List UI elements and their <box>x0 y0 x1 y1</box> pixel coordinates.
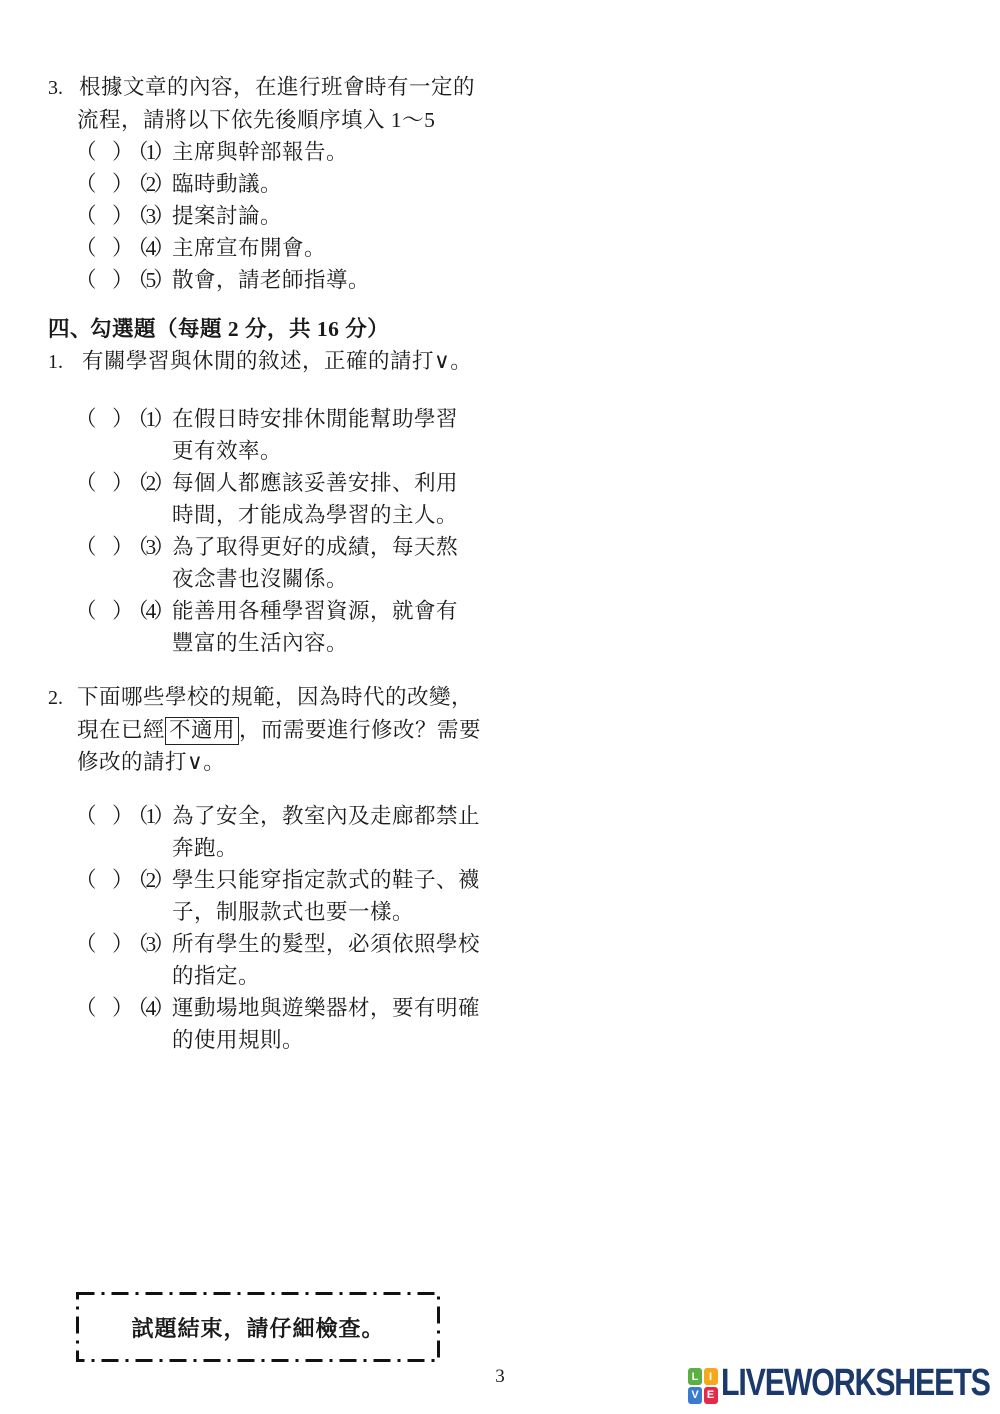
ordering-item: （ ）（4）主席宣布開會。 <box>75 232 475 264</box>
item-number: （5） <box>127 264 172 296</box>
answer-blank[interactable]: （ ） <box>75 467 127 499</box>
end-box: 試題結束，請仔細檢查。 <box>75 1291 441 1363</box>
check-item: （ ）（4）運動場地與遊樂器材，要有明確 的使用規則。 <box>75 992 480 1056</box>
answer-blank[interactable]: （ ） <box>75 232 127 264</box>
item-text: 運動場地與遊樂器材，要有明確 <box>172 996 480 1020</box>
item-number: （1） <box>127 136 172 168</box>
logo-tile-e: E <box>704 1387 718 1404</box>
item-text-continuation: 的指定。 <box>172 960 480 992</box>
item-text-continuation: 奔跑。 <box>172 832 480 864</box>
check-item: （ ）（4）能善用各種學習資源，就會有 豐富的生活內容。 <box>75 595 458 659</box>
section-4-heading: 四、勾選題（每題 2 分，共 16 分） <box>48 313 389 345</box>
question-3-prompt-line-1: 3.根據文章的內容，在進行班會時有一定的 <box>48 71 475 104</box>
item-text: 在假日時安排休閒能幫助學習 <box>172 407 458 431</box>
question-2-prompt-line-1: 下面哪些學校的規範，因為時代的改變， <box>77 685 473 709</box>
item-text: 臨時動議。 <box>172 172 282 196</box>
check-item: （ ）（1）在假日時安排休閒能幫助學習 更有效率。 <box>75 403 458 467</box>
check-item: （ ）（2）學生只能穿指定款式的鞋子、襪 子，制服款式也要一樣。 <box>75 864 480 928</box>
item-number: （2） <box>127 864 172 896</box>
answer-blank[interactable]: （ ） <box>75 200 127 232</box>
logo-tile-l: L <box>688 1368 702 1385</box>
ordering-item: （ ）（1）主席與幹部報告。 <box>75 136 475 168</box>
item-text: 主席與幹部報告。 <box>172 140 348 164</box>
item-text-continuation: 的使用規則。 <box>172 1024 480 1056</box>
answer-blank[interactable]: （ ） <box>75 864 127 896</box>
question-3-prompt-text: 根據文章的內容，在進行班會時有一定的 <box>79 75 475 99</box>
item-number: （3） <box>127 928 172 960</box>
check-item: （ ）（3）為了取得更好的成績，每天熬 夜念書也沒關係。 <box>75 531 458 595</box>
section-4-title: 勾選題（每題 2 分，共 16 分） <box>90 317 389 341</box>
item-text: 主席宣布開會。 <box>172 236 326 260</box>
item-text-continuation: 豐富的生活內容。 <box>172 627 458 659</box>
question-1-number: 1. <box>48 346 82 378</box>
item-number: （3） <box>127 200 172 232</box>
item-text-continuation: 時間，才能成為學習的主人。 <box>172 499 458 531</box>
item-number: （4） <box>127 595 172 627</box>
item-text: 為了安全，教室內及走廊都禁止 <box>172 804 480 828</box>
answer-blank[interactable]: （ ） <box>75 403 127 435</box>
item-text: 每個人都應該妥善安排、利用 <box>172 471 458 495</box>
item-text: 提案討論。 <box>172 204 282 228</box>
item-number: （4） <box>127 992 172 1024</box>
item-text-continuation: 更有效率。 <box>172 435 458 467</box>
boxed-term: 不適用 <box>165 717 239 745</box>
check-item: （ ）（3）所有學生的髮型，必須依照學校 的指定。 <box>75 928 480 992</box>
item-text: 能善用各種學習資源，就會有 <box>172 599 458 623</box>
question-2-prompt-line-3: 修改的請打∨。 <box>77 746 481 778</box>
answer-blank[interactable]: （ ） <box>75 264 127 296</box>
section-4-number: 四、 <box>48 313 90 345</box>
worksheet-page: 3.根據文章的內容，在進行班會時有一定的 流程，請將以下依先後順序填入 1～5 … <box>0 0 1000 1414</box>
question-1-items: （ ）（1）在假日時安排休閒能幫助學習 更有效率。 （ ）（2）每個人都應該妥善… <box>75 403 458 659</box>
question-2-items: （ ）（1）為了安全，教室內及走廊都禁止 奔跑。 （ ）（2）學生只能穿指定款式… <box>75 800 480 1056</box>
logo-tile-i: I <box>704 1368 718 1385</box>
ordering-item: （ ）（2）臨時動議。 <box>75 168 475 200</box>
liveworksheets-logo-text: LIVEWORKSHEETS <box>721 1363 990 1403</box>
answer-blank[interactable]: （ ） <box>75 992 127 1024</box>
question-1-prompt: 1.有關學習與休閒的敘述，正確的請打∨。 <box>48 345 472 378</box>
answer-blank[interactable]: （ ） <box>75 168 127 200</box>
liveworksheets-logo: L I V E LIVEWORKSHEETS <box>688 1363 1000 1404</box>
item-number: （2） <box>127 467 172 499</box>
question-3-prompt-line-2: 流程，請將以下依先後順序填入 1～5 <box>77 104 475 136</box>
question-2-number: 2. <box>48 682 77 714</box>
item-text: 學生只能穿指定款式的鞋子、襪 <box>172 868 480 892</box>
logo-tile-v: V <box>688 1387 702 1404</box>
answer-blank[interactable]: （ ） <box>75 136 127 168</box>
item-number: （4） <box>127 232 172 264</box>
item-text-continuation: 夜念書也沒關係。 <box>172 563 458 595</box>
item-text-continuation: 子，制服款式也要一樣。 <box>172 896 480 928</box>
question-2-prompt: 2.下面哪些學校的規範，因為時代的改變， 現在已經不適用，而需要進行修改？需要 … <box>48 681 481 778</box>
check-item: （ ）（2）每個人都應該妥善安排、利用 時間，才能成為學習的主人。 <box>75 467 458 531</box>
item-number: （3） <box>127 531 172 563</box>
liveworksheets-logo-icon: L I V E <box>688 1368 718 1404</box>
answer-blank[interactable]: （ ） <box>75 800 127 832</box>
item-text: 為了取得更好的成績，每天熬 <box>172 535 458 559</box>
answer-blank[interactable]: （ ） <box>75 531 127 563</box>
item-number: （2） <box>127 168 172 200</box>
end-box-text: 試題結束，請仔細檢查。 <box>75 1291 441 1363</box>
answer-blank[interactable]: （ ） <box>75 595 127 627</box>
question-3: 3.根據文章的內容，在進行班會時有一定的 流程，請將以下依先後順序填入 1～5 … <box>48 71 475 296</box>
ordering-item: （ ）（3）提案討論。 <box>75 200 475 232</box>
item-number: （1） <box>127 800 172 832</box>
answer-blank[interactable]: （ ） <box>75 928 127 960</box>
item-number: （1） <box>127 403 172 435</box>
item-text: 散會，請老師指導。 <box>172 268 370 292</box>
ordering-item: （ ）（5）散會，請老師指導。 <box>75 264 475 296</box>
item-text: 所有學生的髮型，必須依照學校 <box>172 932 480 956</box>
question-3-number: 3. <box>48 72 79 104</box>
question-1-prompt-text: 有關學習與休閒的敘述，正確的請打∨。 <box>82 349 472 373</box>
check-item: （ ）（1）為了安全，教室內及走廊都禁止 奔跑。 <box>75 800 480 864</box>
page-number: 3 <box>455 1366 545 1388</box>
question-2-prompt-line-2: 現在已經不適用，而需要進行修改？需要 <box>77 714 481 746</box>
